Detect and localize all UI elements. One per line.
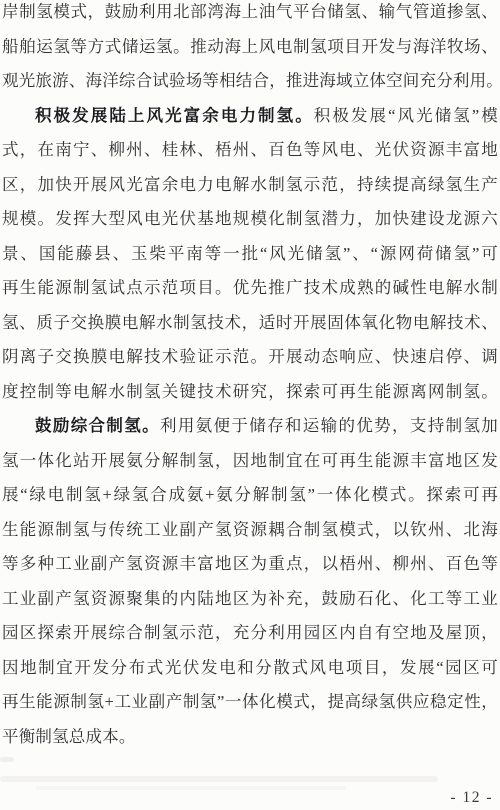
- text-line: 园区探索开展综合制氢示范，充分利用园区内自有空地及屋顶，: [2, 616, 498, 651]
- text-run: 阴离子交换膜电解技术验证示范。开展动态响应、快速启停、调: [2, 347, 498, 366]
- document-page: 岸制氢模式，鼓励利用北部湾海上油气平台储氢、输气管道掺氢、船舶运氢等方式储运氢。…: [0, 0, 500, 810]
- text-line: 再生能源制氢+工业副产制氢”一体化模式，提高绿氢供应稳定性，: [2, 685, 498, 720]
- text-line: 观光旅游、海洋综合试验场等相结合，推进海域立体空间充分利用。: [2, 64, 498, 99]
- text-run: 规模。发挥大型风电光伏基地规模化制氢潜力，加快建设龙源六: [2, 209, 498, 228]
- text-run: 积极发展“风光储氢”模: [314, 106, 498, 125]
- text-run: 展“绿电制氢+绿氢合成氨+氨分解制氢”一体化模式。探索可再: [2, 485, 498, 504]
- text-line: 式，在南宁、柳州、桂林、梧州、百色等风电、光伏资源丰富地: [2, 133, 498, 168]
- text-line: 积极发展陆上风光富余电力制氢。积极发展“风光储氢”模: [2, 99, 498, 134]
- text-line: 船舶运氢等方式储运氢。推动海上风电制氢项目开发与海洋牧场、: [2, 30, 498, 65]
- text-line: 氢、质子交换膜电解水制氢技术，适时开展固体氧化物电解技术、: [2, 306, 498, 341]
- text-line: 景、国能藤县、玉柴平南等一批“风光储氢”、“源网荷储氢”可: [2, 237, 498, 272]
- text-run: 度控制等电解水制氢关键技术研究，探索可再生能源离网制氢。: [2, 382, 498, 401]
- page-number: - 12 -: [450, 788, 493, 808]
- paragraph-lead-bold: 鼓励综合制氢。: [35, 416, 160, 435]
- text-line: 区，加快开展风光富余电力电解水制氢示范，持续提高绿氢生产: [2, 168, 498, 203]
- text-line: 平衡制氢总成本。: [2, 720, 498, 755]
- text-line: 因地制宜开发分布式光伏发电和分散式风电项目，发展“园区可: [2, 651, 498, 686]
- scan-artifact: [0, 757, 14, 762]
- text-run: 式，在南宁、柳州、桂林、梧州、百色等风电、光伏资源丰富地: [2, 140, 498, 159]
- paragraph-lead-bold: 积极发展陆上风光富余电力制氢。: [35, 106, 314, 125]
- text-line: 阴离子交换膜电解技术验证示范。开展动态响应、快速启停、调: [2, 340, 498, 375]
- text-run: 工业副产氢资源聚集的内陆地区为补充，鼓励石化、化工等工业: [2, 589, 498, 608]
- scan-artifact: [0, 776, 438, 782]
- text-run: 船舶运氢等方式储运氢。推动海上风电制氢项目开发与海洋牧场、: [2, 37, 498, 56]
- text-run: 氢、质子交换膜电解水制氢技术，适时开展固体氧化物电解技术、: [2, 313, 498, 332]
- text-line: 工业副产氢资源聚集的内陆地区为补充，鼓励石化、化工等工业: [2, 582, 498, 617]
- text-line: 生能源制氢与传统工业副产氢资源耦合制氢模式，以钦州、北海: [2, 513, 498, 548]
- text-line: 规模。发挥大型风电光伏基地规模化制氢潜力，加快建设龙源六: [2, 202, 498, 237]
- text-line: 氢一体化站开展氨分解制氢，因地制宜在可再生能源丰富地区发: [2, 444, 498, 479]
- text-line: 鼓励综合制氢。利用氨便于储存和运输的优势，支持制氢加: [2, 409, 498, 444]
- text-run: 景、国能藤县、玉柴平南等一批“风光储氢”、“源网荷储氢”可: [2, 244, 498, 263]
- text-run: 岸制氢模式，鼓励利用北部湾海上油气平台储氢、输气管道掺氢、: [2, 2, 498, 21]
- text-line: 岸制氢模式，鼓励利用北部湾海上油气平台储氢、输气管道掺氢、: [2, 0, 498, 30]
- text-run: 平衡制氢总成本。: [2, 727, 136, 746]
- text-run: 再生能源制氢试点示范项目。优先推广技术成熟的碱性电解水制: [2, 278, 498, 297]
- text-run: 氢一体化站开展氨分解制氢，因地制宜在可再生能源丰富地区发: [2, 451, 498, 470]
- text-run: 园区探索开展综合制氢示范，充分利用园区内自有空地及屋顶，: [2, 623, 498, 642]
- text-run: 生能源制氢与传统工业副产氢资源耦合制氢模式，以钦州、北海: [2, 520, 498, 539]
- text-line: 度控制等电解水制氢关键技术研究，探索可再生能源离网制氢。: [2, 375, 498, 410]
- text-run: 因地制宜开发分布式光伏发电和分散式风电项目，发展“园区可: [2, 658, 498, 677]
- text-run: 利用氨便于储存和运输的优势，支持制氢加: [160, 416, 498, 435]
- text-run: 观光旅游、海洋综合试验场等相结合，推进海域立体空间充分利用。: [2, 71, 500, 90]
- text-run: 等多种工业副产氢资源丰富地区为重点，以梧州、柳州、百色等: [2, 554, 498, 573]
- text-line: 展“绿电制氢+绿氢合成氨+氨分解制氢”一体化模式。探索可再: [2, 478, 498, 513]
- text-line: 再生能源制氢试点示范项目。优先推广技术成熟的碱性电解水制: [2, 271, 498, 306]
- scan-artifact: [36, 786, 346, 790]
- text-line: 等多种工业副产氢资源丰富地区为重点，以梧州、柳州、百色等: [2, 547, 498, 582]
- text-run: 区，加快开展风光富余电力电解水制氢示范，持续提高绿氢生产: [2, 175, 498, 194]
- body-text: 岸制氢模式，鼓励利用北部湾海上油气平台储氢、输气管道掺氢、船舶运氢等方式储运氢。…: [2, 0, 498, 754]
- text-run: 再生能源制氢+工业副产制氢”一体化模式，提高绿氢供应稳定性，: [2, 692, 498, 711]
